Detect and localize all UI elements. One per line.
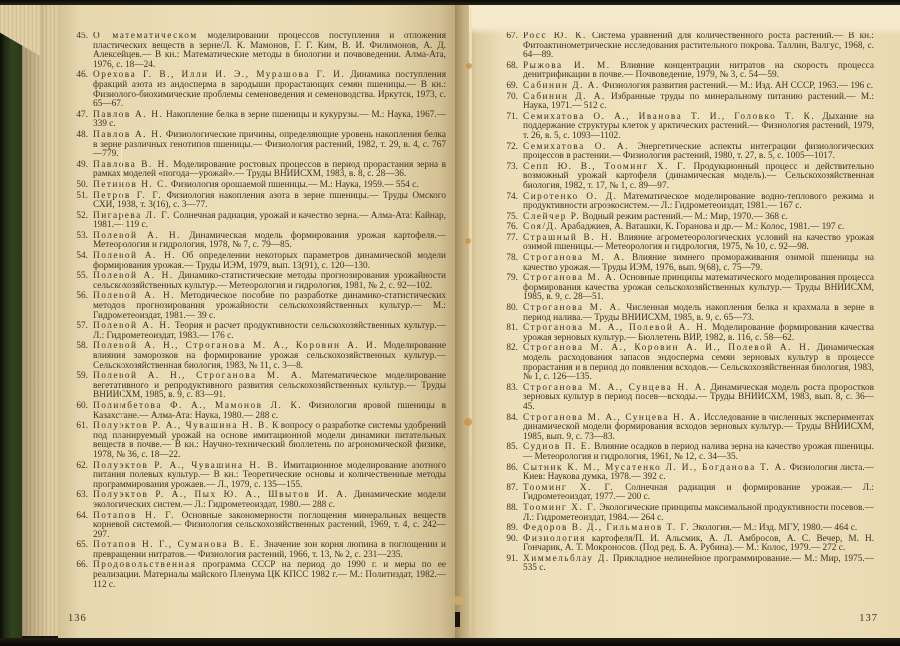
entry-number: 45. [68,32,88,42]
entry-author: Строганова М. А., Сунцева Н. А. [523,413,701,423]
glue-dot [464,418,472,426]
bibliography-entry: 64.Потапов Н. Г. Основные закономерности… [68,512,446,541]
entry-number: 49. [68,161,88,171]
bibliography-entry: 82.Строганова М. А., Коровин А. И., Поле… [498,344,874,382]
entry-author: Семихатова О. А. [523,142,629,152]
page-edge-stack [22,4,60,636]
bibliography-entry: 57.Полевой А. Н. Теория и расчет продукт… [68,322,446,341]
entry-author: Полевой А. Н. [93,291,175,301]
bibliography-entry: 48.Павлов А. Н. Физиологические причины,… [68,131,446,160]
page-number-right: 137 [859,613,878,624]
entry-author: Павлова В. Н. [93,160,170,170]
entry-number: 55. [68,272,88,282]
bibliography-entry: 83.Строганова М. А., Сунцева Н. А. Динам… [498,384,874,413]
bibliography-entry: 58.Полевой А. Н., Строганова М. А., Коро… [68,342,446,371]
bibliography-entry: 62.Полуэктов Р. А., Чувашина Н. В. Имита… [68,462,446,491]
entry-number: 58. [68,342,88,352]
entry-author: Полуэктов Р. А., Пых Ю. А., Швытов И. А. [93,490,348,500]
entry-author: Петров Г. Г. [93,191,162,201]
bibliography-entry: 80.Строганова М. А. Численная модель нак… [498,304,874,323]
entry-number: 61. [68,422,88,432]
entry-author: Химмельблау Д. [523,554,610,564]
entry-author: Полевой А. Н., Строганова М. А., Коровин… [93,341,378,351]
entry-author: Страшный В. Н. [523,233,613,243]
bibliography-entry: 79.Строганова М. А. Основные принципы ма… [498,274,874,303]
entry-author: Павлов А. Н. [93,110,163,120]
bibliography-entry: 71.Семихатова О. А., Иванова Т. И., Голо… [498,113,874,142]
bibliography-entry: 91.Химмельблау Д. Прикладное нелинейное … [498,555,874,574]
entry-number: 73. [498,163,518,173]
entry-author: Орехова Г. В., Илли И. Э., Мурашова Г. И… [93,70,345,80]
entry-number: 65. [68,541,88,551]
entry-number: 85. [498,443,518,453]
entry-author: Строганова М. А. [523,253,625,263]
entry-number: 83. [498,384,518,394]
entry-author: Сепп Ю. В., Тооминг Х. Г. [523,162,687,172]
bibliography-column-right: 67.Росс Ю. К. Система уравнений для коли… [498,32,874,620]
bibliography-entry: 86.Сытник К. М., Мусатенко Л. И., Богдан… [498,464,874,483]
bibliography-entry: 45.О математическом моделировании процес… [68,32,446,70]
entry-number: 88. [498,504,518,514]
entry-author: Полевой А. Н. [93,271,174,281]
bibliography-entry: 60.Полимбетова Ф. А., Мамонов Л. К. Физи… [68,402,446,421]
entry-number: 89. [498,524,518,534]
entry-number: 90. [498,535,518,545]
bibliography-entry: 63.Полуэктов Р. А., Пых Ю. А., Швытов И.… [68,491,446,510]
bibliography-entry: 51.Петров Г. Г. Физиология накопления аз… [68,192,446,211]
gutter-fold-highlight [469,8,472,636]
bibliography-entry: 73.Сепп Ю. В., Тооминг Х. Г. Продукционн… [498,163,874,192]
bibliography-entry: 77.Страшный В. Н. Влияние агрометеоролог… [498,234,874,253]
signature-mark [455,612,460,627]
bibliography-entry: 59.Полевой А. Н., Строганова М. А. Матем… [68,372,446,401]
entry-author: Полевой А. Н., Строганова М. А. [93,371,303,381]
entry-number: 46. [68,71,88,81]
bibliography-entry: 90.Физиология картофеля/П. И. Альсмик, А… [498,535,874,554]
glue-dot [466,63,472,69]
entry-number: 59. [68,372,88,382]
bibliography-entry: 74.Сиротенко О. Д. Математическое модели… [498,193,874,212]
entry-author: Пигарева Л. Г. [93,211,171,221]
entry-author: Полимбетова Ф. А., Мамонов Л. К. [93,401,302,411]
entry-author: Павлов А. Н. [93,130,163,140]
bibliography-entry: 65.Потапов Н. Г., Суманова В. Е. Значени… [68,541,446,560]
bibliography-entry: 56.Полевой А. Н. Методическое пособие по… [68,292,446,321]
bibliography-entry: 70.Сабинин Д. А. Избранные труды по мине… [498,93,874,112]
bibliography-entry: 88.Тооминг Х. Г. Экологические принципы … [498,504,874,523]
entry-number: 79. [498,274,518,284]
entry-number: 54. [68,252,88,262]
entry-author: Потапов Н. Г., Суманова В. Е. [93,540,261,550]
entry-number: 91. [498,555,518,565]
entry-author: Петинов Н. С. [93,180,169,190]
scan-scratch [121,145,122,445]
bibliography-entry: 76.Соя/Д. Арабаджиев, А. Ваташки, К. Гор… [498,223,874,233]
entry-number: 51. [68,192,88,202]
entry-number: 56. [68,292,88,302]
left-page: 45.О математическом моделировании процес… [58,5,455,638]
bibliography-entry: 75.Слейчер Р. Водный режим растений.— М.… [498,213,874,223]
entry-author: Полуэктов Р. А., Чувашина Н. В. [93,461,279,471]
bibliography-entry: 50.Петинов Н. С. Физиология орошаемой пш… [68,181,446,191]
bibliography-entry: 53.Полевой А. Н. Динамическая модель фор… [68,232,446,251]
bibliography-entry: 66.Продовольственная программа СССР на п… [68,561,446,590]
entry-number: 52. [68,212,88,222]
entry-author: Федоров В. Д., Гильманов Т. Г. [523,523,690,533]
bibliography-entry: 47.Павлов А. Н. Накопление белка в зерне… [68,111,446,130]
entry-author: О математическом [93,32,198,41]
book-cover-edge [0,0,22,646]
entry-number: 53. [68,232,88,242]
entry-number: 76. [498,223,518,233]
entry-author: Тооминг Х. Г. [523,503,597,513]
bibliography-entry: 85.Суднов П. Е. Влияние осадков в период… [498,443,874,462]
entry-number: 74. [498,193,518,203]
bibliography-entry: 84.Строганова М. А., Сунцева Н. А. Иссле… [498,414,874,443]
entry-number: 82. [498,344,518,354]
entry-number: 81. [498,324,518,334]
entry-number: 69. [498,82,518,92]
bibliography-entry: 49.Павлова В. Н. Моделирование ростовых … [68,161,446,180]
entry-author: Строганова М. А., Полевой А. Н. [523,323,708,333]
entry-author: Соя/Д. [523,222,558,232]
entry-author: Строганова М. А., Сунцева Н. А. [523,383,707,393]
entry-number: 64. [68,512,88,522]
entry-author: Физиология [523,534,586,544]
book-top-edge [0,0,900,5]
entry-author: Сытник К. М., Мусатенко Л. И., Богданова… [523,463,787,473]
bibliography-entry: 67.Росс Ю. К. Система уравнений для коли… [498,32,874,61]
entry-number: 75. [498,213,518,223]
book-spread: 45.О математическом моделировании процес… [0,0,900,646]
entry-number: 72. [498,143,518,153]
bibliography-entry: 72.Семихатова О. А. Энергетические аспек… [498,143,874,162]
entry-number: 80. [498,304,518,314]
entry-number: 77. [498,234,518,244]
entry-author: Слейчер Р. [523,212,580,222]
entry-number: 47. [68,111,88,121]
book-bottom-edge [0,638,900,646]
entry-author: Продовольственная [93,560,196,570]
bibliography-entry: 54.Полевой А. Н. Об определении некоторы… [68,252,446,271]
entry-author: Тооминг Х. Г. [523,483,614,493]
entry-number: 86. [498,464,518,474]
entry-author: Строганова М. А. [523,273,617,283]
entry-author: Сиротенко О. Д. [523,192,617,202]
entry-number: 67. [498,32,518,42]
entry-author: Сабинин Д. А. [523,81,600,91]
right-page: 67.Росс Ю. К. Система уравнений для коли… [455,5,900,638]
entry-author: Полевой А. Н. [93,231,181,241]
entry-number: 84. [498,414,518,424]
bibliography-entry: 52.Пигарева Л. Г. Солнечная радиация, ур… [68,212,446,231]
entry-number: 50. [68,181,88,191]
entry-number: 66. [68,561,88,571]
entry-author: Сабинин Д. А. [523,92,606,102]
entry-number: 57. [68,322,88,332]
entry-number: 48. [68,131,88,141]
entry-number: 63. [68,491,88,501]
bibliography-entry: 55.Полевой А. Н. Динамико-статистические… [68,272,446,291]
bibliography-entry: 89.Федоров В. Д., Гильманов Т. Г. Эколог… [498,524,874,534]
bibliography-entry: 81.Строганова М. А., Полевой А. Н. Модел… [498,324,874,343]
entry-author: Полевой А. Н. [93,321,171,331]
page-number-left: 136 [68,613,87,624]
bibliography-entry: 46.Орехова Г. В., Илли И. Э., Мурашова Г… [68,71,446,109]
entry-author: Строганова М. А. [523,303,622,313]
entry-author: Росс Ю. К. [523,32,587,41]
entry-author: Строганова М. А., Коровин А. И., Полевой… [523,343,811,353]
entry-author: Семихатова О. А., Иванова Т. И., Головко… [523,112,815,122]
entry-author: Потапов Н. Г. [93,511,175,521]
bibliography-entry: 78.Строганова М. А. Влияние зимнего пром… [498,254,874,273]
entry-number: 71. [498,113,518,123]
bibliography-entry: 87.Тооминг Х. Г. Солнечная радиация и фо… [498,484,874,503]
entry-number: 87. [498,484,518,494]
entry-number: 70. [498,93,518,103]
glue-dot [465,238,471,244]
entry-number: 60. [68,402,88,412]
bibliography-entry: 68.Рыжова И. М. Влияние концентрации нит… [498,62,874,81]
entry-author: Рыжова И. М. [523,61,611,71]
entry-author: Полуэктов Р. А., Чувашина Н. В. [93,421,270,431]
entry-number: 68. [498,62,518,72]
entry-author: Полевой А. Н. [93,251,176,261]
entry-number: 62. [68,462,88,472]
bibliography-entry: 69.Сабинин Д. А. Физиология развития рас… [498,82,874,92]
entry-author: Суднов П. Е. [523,442,592,452]
bibliography-column-left: 45.О математическом моделировании процес… [68,32,446,610]
gutter-smudge [452,596,464,605]
entry-number: 78. [498,254,518,264]
bibliography-entry: 61.Полуэктов Р. А., Чувашина Н. В. К воп… [68,422,446,460]
